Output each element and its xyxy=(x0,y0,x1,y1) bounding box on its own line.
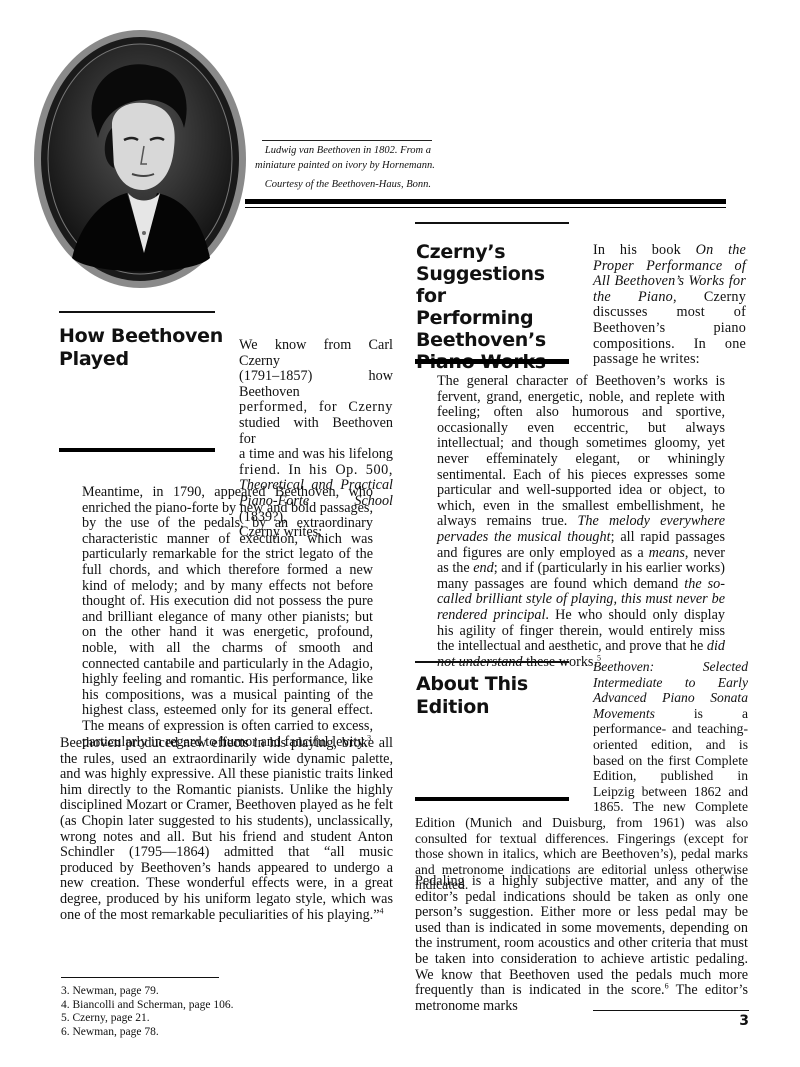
italic-text: end xyxy=(473,560,494,576)
heading-line: Performing xyxy=(416,307,533,329)
caption-courtesy: Courtesy of the Beethoven-Haus, Bonn. xyxy=(255,177,431,192)
section-rule-bottom xyxy=(415,359,569,364)
czerny-character-quote: The general character of Beethoven’s wor… xyxy=(437,374,725,670)
footnote-rule xyxy=(61,977,219,978)
footnote: 4. Biancolli and Scherman, page 106. xyxy=(61,999,361,1013)
footnote: 6. Newman, page 78. xyxy=(61,1026,361,1040)
text: Pedaling is a highly subjective matter, … xyxy=(415,873,748,998)
portrait-caption: Ludwig van Beethoven in 1802. From a min… xyxy=(255,143,431,192)
italic-text: means xyxy=(649,545,685,561)
section-rule-bottom xyxy=(59,448,215,452)
intro-line: studied with Beethoven for xyxy=(239,416,393,447)
czerny-quote-1790: Meantime, in 1790, appeared Beethoven, w… xyxy=(82,485,373,750)
heading-line: Suggestions for xyxy=(416,263,545,307)
footnote-ref: 4 xyxy=(380,906,384,915)
heading-line: How Beethoven xyxy=(59,325,223,347)
caption-line: miniature painted on ivory by Hornemann. xyxy=(255,158,431,173)
edition-paragraph-1: Beethoven: Selected Intermediate to Earl… xyxy=(415,659,748,893)
text: In his book xyxy=(593,242,696,258)
how-played-body: Beethoven produced new effects in his pl… xyxy=(60,736,393,923)
heading-line: Beethoven’s xyxy=(416,329,546,351)
text: The general character of Beethoven’s wor… xyxy=(437,373,725,529)
section-rule-top xyxy=(59,311,215,313)
footnote: 5. Czerny, page 21. xyxy=(61,1012,361,1026)
header-band-rule-thin xyxy=(245,207,726,208)
intro-line: performed, for Czerny xyxy=(239,400,393,416)
footnotes: 3. Newman, page 79. 4. Biancolli and Sch… xyxy=(61,985,361,1039)
edition-paragraph-2: Pedaling is a highly subjective matter, … xyxy=(415,874,748,1014)
caption-line: Ludwig van Beethoven in 1802. From a xyxy=(255,143,431,158)
intro-line: We know from Carl Czerny xyxy=(239,338,393,369)
caption-rule xyxy=(262,140,432,141)
header-band-rule xyxy=(245,199,726,204)
section-rule-top xyxy=(415,222,569,224)
intro-line: (1791–1857) how Beethoven xyxy=(239,369,393,400)
footnote: 3. Newman, page 79. xyxy=(61,985,361,999)
page-number-rule xyxy=(593,1010,749,1011)
intro-line: a time and was his lifelong xyxy=(239,447,393,463)
body-text: Beethoven produced new effects in his pl… xyxy=(60,735,393,923)
quote-text: Meantime, in 1790, appeared Beethoven, w… xyxy=(82,484,373,750)
heading-line: Played xyxy=(59,348,129,370)
heading-line: Czerny’s xyxy=(416,241,505,263)
page-number: 3 xyxy=(700,1013,749,1029)
heading-how-beethoven-played: How Beethoven Played xyxy=(59,325,229,371)
beethoven-portrait xyxy=(32,28,248,290)
intro-line: friend. In his Op. 500, xyxy=(239,463,393,479)
float-spacer xyxy=(415,659,593,809)
heading-czerny-suggestions: Czerny’s Suggestions for Performing Beet… xyxy=(416,241,576,373)
czerny-intro: In his book On the Proper Performance of… xyxy=(593,243,746,368)
